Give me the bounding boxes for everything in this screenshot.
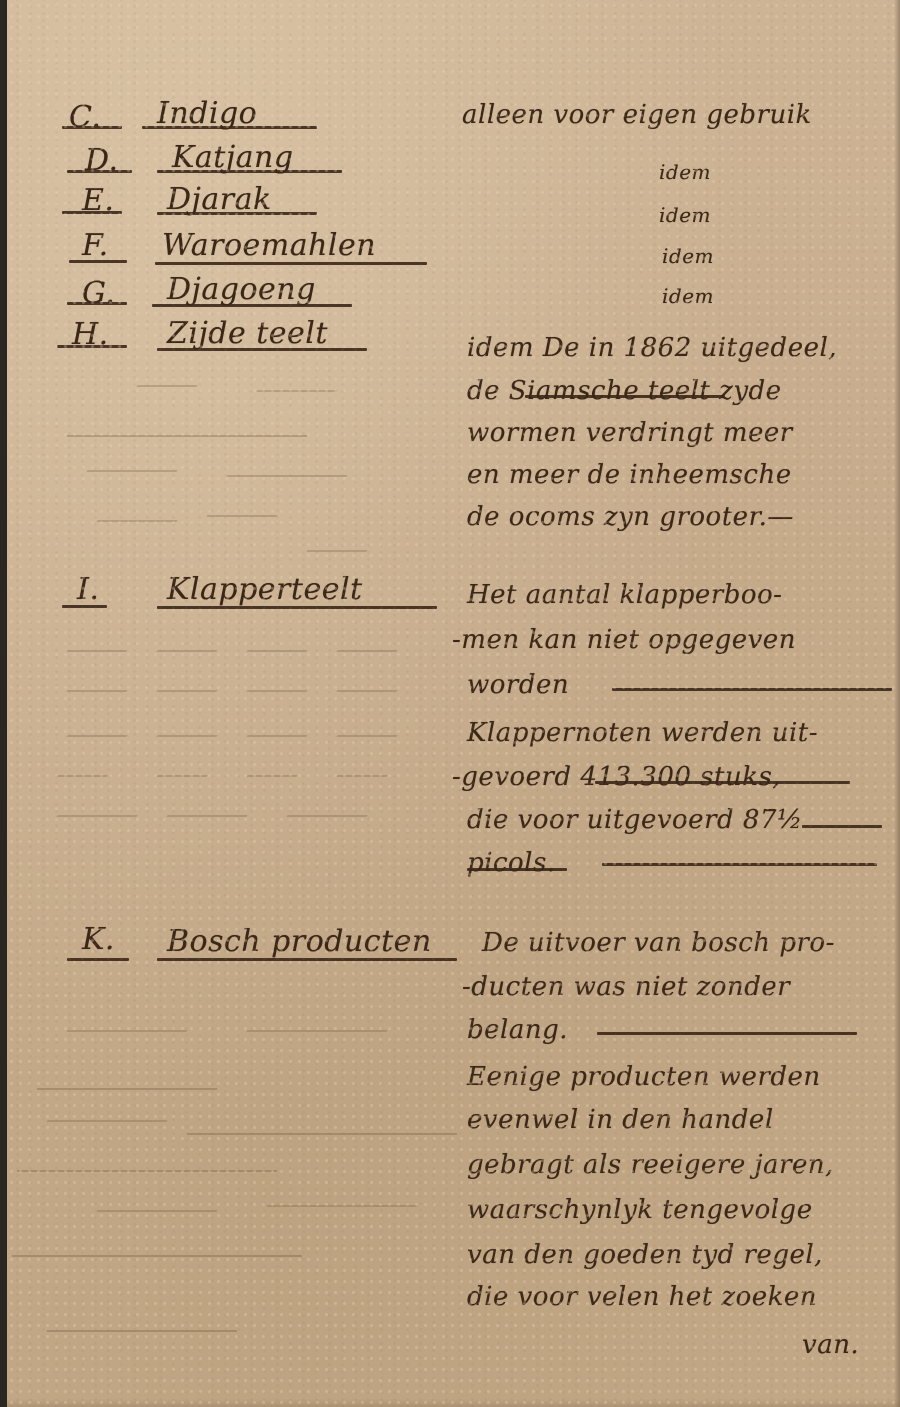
section-h-note-line: idem De in 1862 uitgedeel, [467,333,837,363]
section-k-note-line: De uitvoer van bosch pro- [482,928,835,958]
section-f-item: Waroemahlen [162,228,376,263]
page-edge-shadow [894,0,900,1407]
section-k-note-line: -ducten was niet zonder [462,972,790,1002]
underline [152,304,352,307]
section-g-letter: G. [82,276,115,311]
underline [67,958,129,961]
section-g-note: idem [662,284,714,308]
underline [67,302,127,305]
section-c-note: alleen voor eigen gebruik [462,100,812,130]
section-c-letter: C. [69,100,101,135]
section-f-note: idem [662,244,714,268]
underline [612,688,892,691]
underline [157,348,367,351]
section-k-note-line: belang. [467,1015,568,1045]
section-i-note-line: Het aantal klapperboo- [467,580,782,610]
section-i-note-line: Klappernoten werden uit- [467,718,818,748]
section-f-letter: F. [82,228,109,263]
underline [62,211,122,214]
underline [142,126,317,129]
underline [602,863,877,866]
section-h-note-line: de Siamsche teelt zyde [467,376,782,406]
section-k-item: Bosch producten [167,924,432,959]
section-k-note-line: van. [802,1330,859,1360]
underline-quantity [802,825,882,828]
underline [157,212,317,215]
underline [155,262,427,265]
underline [57,345,127,348]
underline-quantity [595,781,850,784]
section-k-note-line: die voor velen het zoeken [467,1282,817,1312]
section-k-note-line: evenwel in den handel [467,1105,774,1135]
underline [67,170,132,173]
section-i-note-line: die voor uitgevoerd 87½ [467,805,803,835]
section-i-note-line: -men kan niet opgegeven [452,625,796,655]
section-h-note-line: en meer de inheemsche [467,460,792,490]
section-k-note-line: van den goeden tyd regel, [467,1240,823,1270]
section-e-note: idem [659,203,711,227]
section-g-item: Djagoeng [167,272,316,307]
underline [157,170,342,173]
section-d-note: idem [659,160,711,184]
underline [69,260,127,263]
section-k-letter: K. [82,922,115,957]
underline [467,868,567,871]
section-h-note-line: de ocoms zyn grooter.— [467,502,794,532]
section-h-note-line: wormen verdringt meer [467,418,793,448]
underline [157,958,457,961]
underline [157,606,437,609]
section-k-note-line: Eenige producten werden [467,1062,821,1092]
section-i-note-line: worden [467,670,569,700]
underline [597,1032,857,1035]
section-i-letter: I. [77,572,99,607]
manuscript-page: C. Indigo alleen voor eigen gebruik D. K… [7,0,900,1407]
underline [62,605,107,608]
section-k-note-line: gebragt als reeigere jaren, [467,1150,834,1180]
section-i-item: Klapperteelt [167,572,363,607]
underline-siamsche [525,395,725,398]
section-k-note-line: waarschynlyk tengevolge [467,1195,813,1225]
section-h-item: Zijde teelt [167,316,328,351]
underline [62,126,122,129]
page-bottom-edge [7,1399,900,1407]
section-i-note-line: -gevoerd 413.300 stuks, [452,762,781,792]
section-i-note-line: picols. [467,848,556,878]
